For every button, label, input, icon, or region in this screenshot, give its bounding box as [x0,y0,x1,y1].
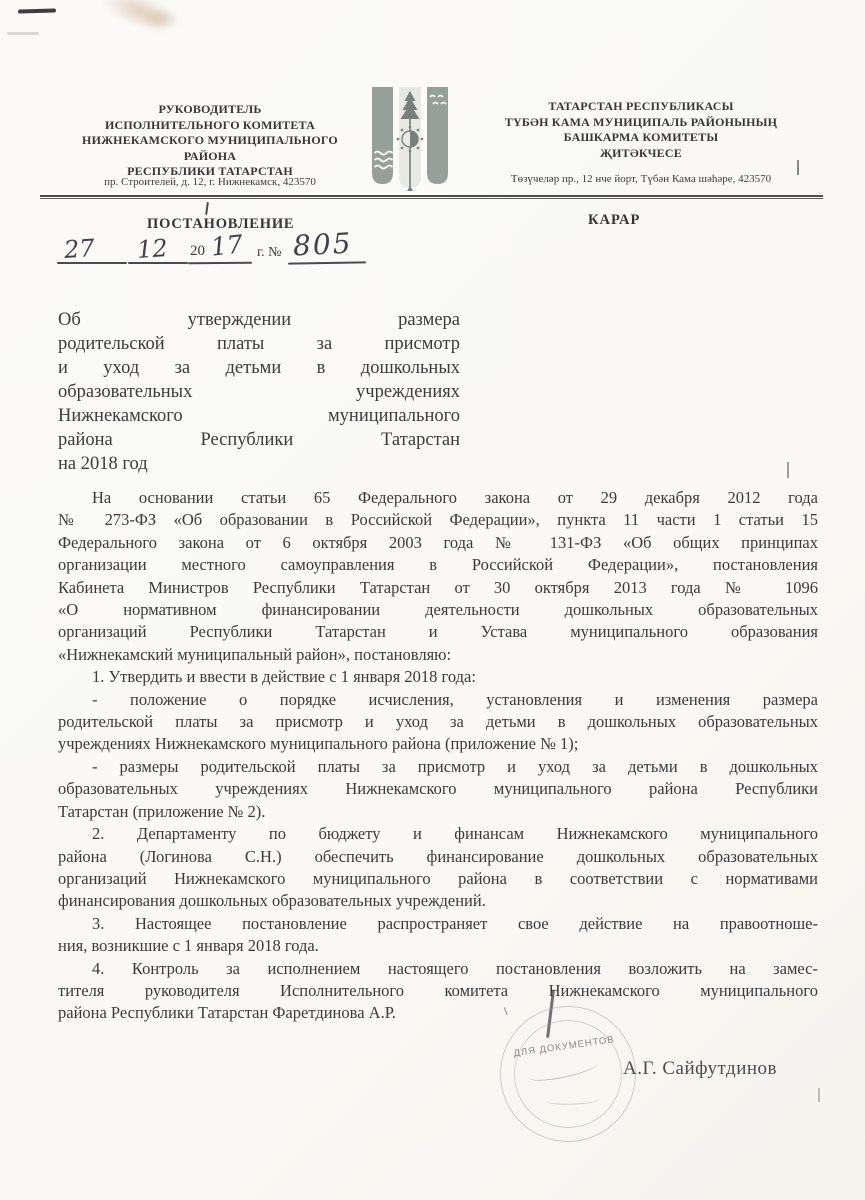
title-line: Нижнекамского муниципального [58,404,460,428]
date-underline [188,262,252,265]
org-line: РУКОВОДИТЕЛЬ [55,102,365,118]
org-line: БАШКАРМА КОМИТЕТЫ [472,130,810,146]
org-line: ТҮБӘН КАМА МУНИЦИПАЛЬ РАЙОНЫНЫҢ [472,115,810,131]
org-name-tatar: ТАТАРСТАН РЕСПУБЛИКАСЫ ТҮБӘН КАМА МУНИЦИ… [472,99,810,161]
body-line: Татарстан (приложение № 2). [58,801,818,823]
body-line: организаций Республики Татарстан и Устав… [58,621,818,643]
body-line: ния, возникшие с 1 января 2018 года. [58,935,818,957]
body-line: 2. Департаменту по бюджету и финансам Ни… [58,823,818,845]
scan-artifact-dash-faint [7,32,39,35]
body-line: образовательных учреждениях Нижнекамског… [58,778,818,800]
scanned-decree-page: РУКОВОДИТЕЛЬ ИСПОЛНИТЕЛЬНОГО КОМИТЕТА НИ… [0,0,865,1200]
title-line: Об утверждении размера [58,308,460,332]
title-line: и уход за детьми в дошкольных [58,356,460,380]
coat-of-arms-graphic [372,87,448,195]
body-line: организации местного самоуправления в Ро… [58,554,818,576]
number-underline [288,261,366,264]
org-address-tatar: Төзүчеләр пр., 12 нче йорт, Түбән Кама ш… [472,173,810,185]
handwritten-day: 27 [63,234,95,264]
number-label: г. № [257,245,282,261]
scan-tick-mark [787,462,789,478]
body-line: - размеры родительской платы за присмотр… [58,756,818,778]
body-line: 3. Настоящее постановление распространяе… [58,913,818,935]
doc-type-russian: ПОСТАНОВЛЕНИЕ [147,216,294,233]
pen-tick-mark [205,202,209,215]
body-line: На основании статьи 65 Федерального зако… [58,487,818,509]
scan-smudge-small [140,8,180,30]
header-divider-rule [40,195,823,199]
body-line: «Нижнекамский муниципальный район», пост… [58,644,818,666]
body-line: учреждениях Нижнекамского муниципального… [58,733,818,755]
body-line: тителя руководителя Исполнительного коми… [58,980,818,1002]
org-name-russian: РУКОВОДИТЕЛЬ ИСПОЛНИТЕЛЬНОГО КОМИТЕТА НИ… [55,102,365,180]
org-line: НИЖНЕКАМСКОГО МУНИЦИПАЛЬНОГО РАЙОНА [55,133,365,164]
title-line: на 2018 год [58,452,460,476]
handwritten-month: 12 [136,234,168,264]
body-line: организаций Нижнекамского муниципального… [58,868,818,890]
doc-type-tatar: КАРАР [588,212,640,229]
date-underline [128,262,188,264]
coat-of-arms [372,87,448,195]
body-line: Федерального закона от 6 октября 2003 го… [58,532,818,554]
decree-body: На основании статьи 65 Федерального зако… [58,487,818,1025]
title-line: района Республики Татарстан [58,428,460,452]
body-line: № 273-ФЗ «Об образовании в Российской Фе… [58,509,818,531]
org-line: ИСПОЛНИТЕЛЬНОГО КОМИТЕТА [55,118,365,134]
handwritten-number: 805 [292,226,353,262]
body-line: финансирования дошкольных образовательны… [58,890,818,912]
title-line: образовательных учреждениях [58,380,460,404]
body-line: 4. Контроль за исполнением настоящего по… [58,958,818,980]
org-line: ҖИТӘКЧЕСЕ [472,146,810,162]
body-line: района (Логинова С.Н.) обеспечить финанс… [58,846,818,868]
scan-tick-mark [818,1088,820,1102]
date-underline [57,262,127,264]
body-line: родительской платы за присмотр и уход за… [58,711,818,733]
org-address-russian: пр. Строителей, д. 12, г. Нижнекамск, 42… [55,176,365,188]
scan-artifact-dash [18,9,56,14]
signatory-name: А.Г. Сайфутдинов [623,1058,777,1080]
body-line: «О нормативном финансировании деятельнос… [58,599,818,621]
body-line: Кабинета Министров Республики Татарстан … [58,577,818,599]
org-line: ТАТАРСТАН РЕСПУБЛИКАСЫ [472,99,810,115]
body-line: - положение о порядке исчисления, устано… [58,689,818,711]
body-line: 1. Утвердить и ввести в действие с 1 янв… [58,666,818,688]
decree-title: Об утверждении размера родительской плат… [58,308,460,476]
handwritten-year: 17 [210,229,245,261]
title-line: родительской платы за присмотр [58,332,460,356]
printed-year-prefix: 20 [190,243,205,260]
body-line: района Республики Татарстан Фаретдинова … [58,1002,818,1024]
